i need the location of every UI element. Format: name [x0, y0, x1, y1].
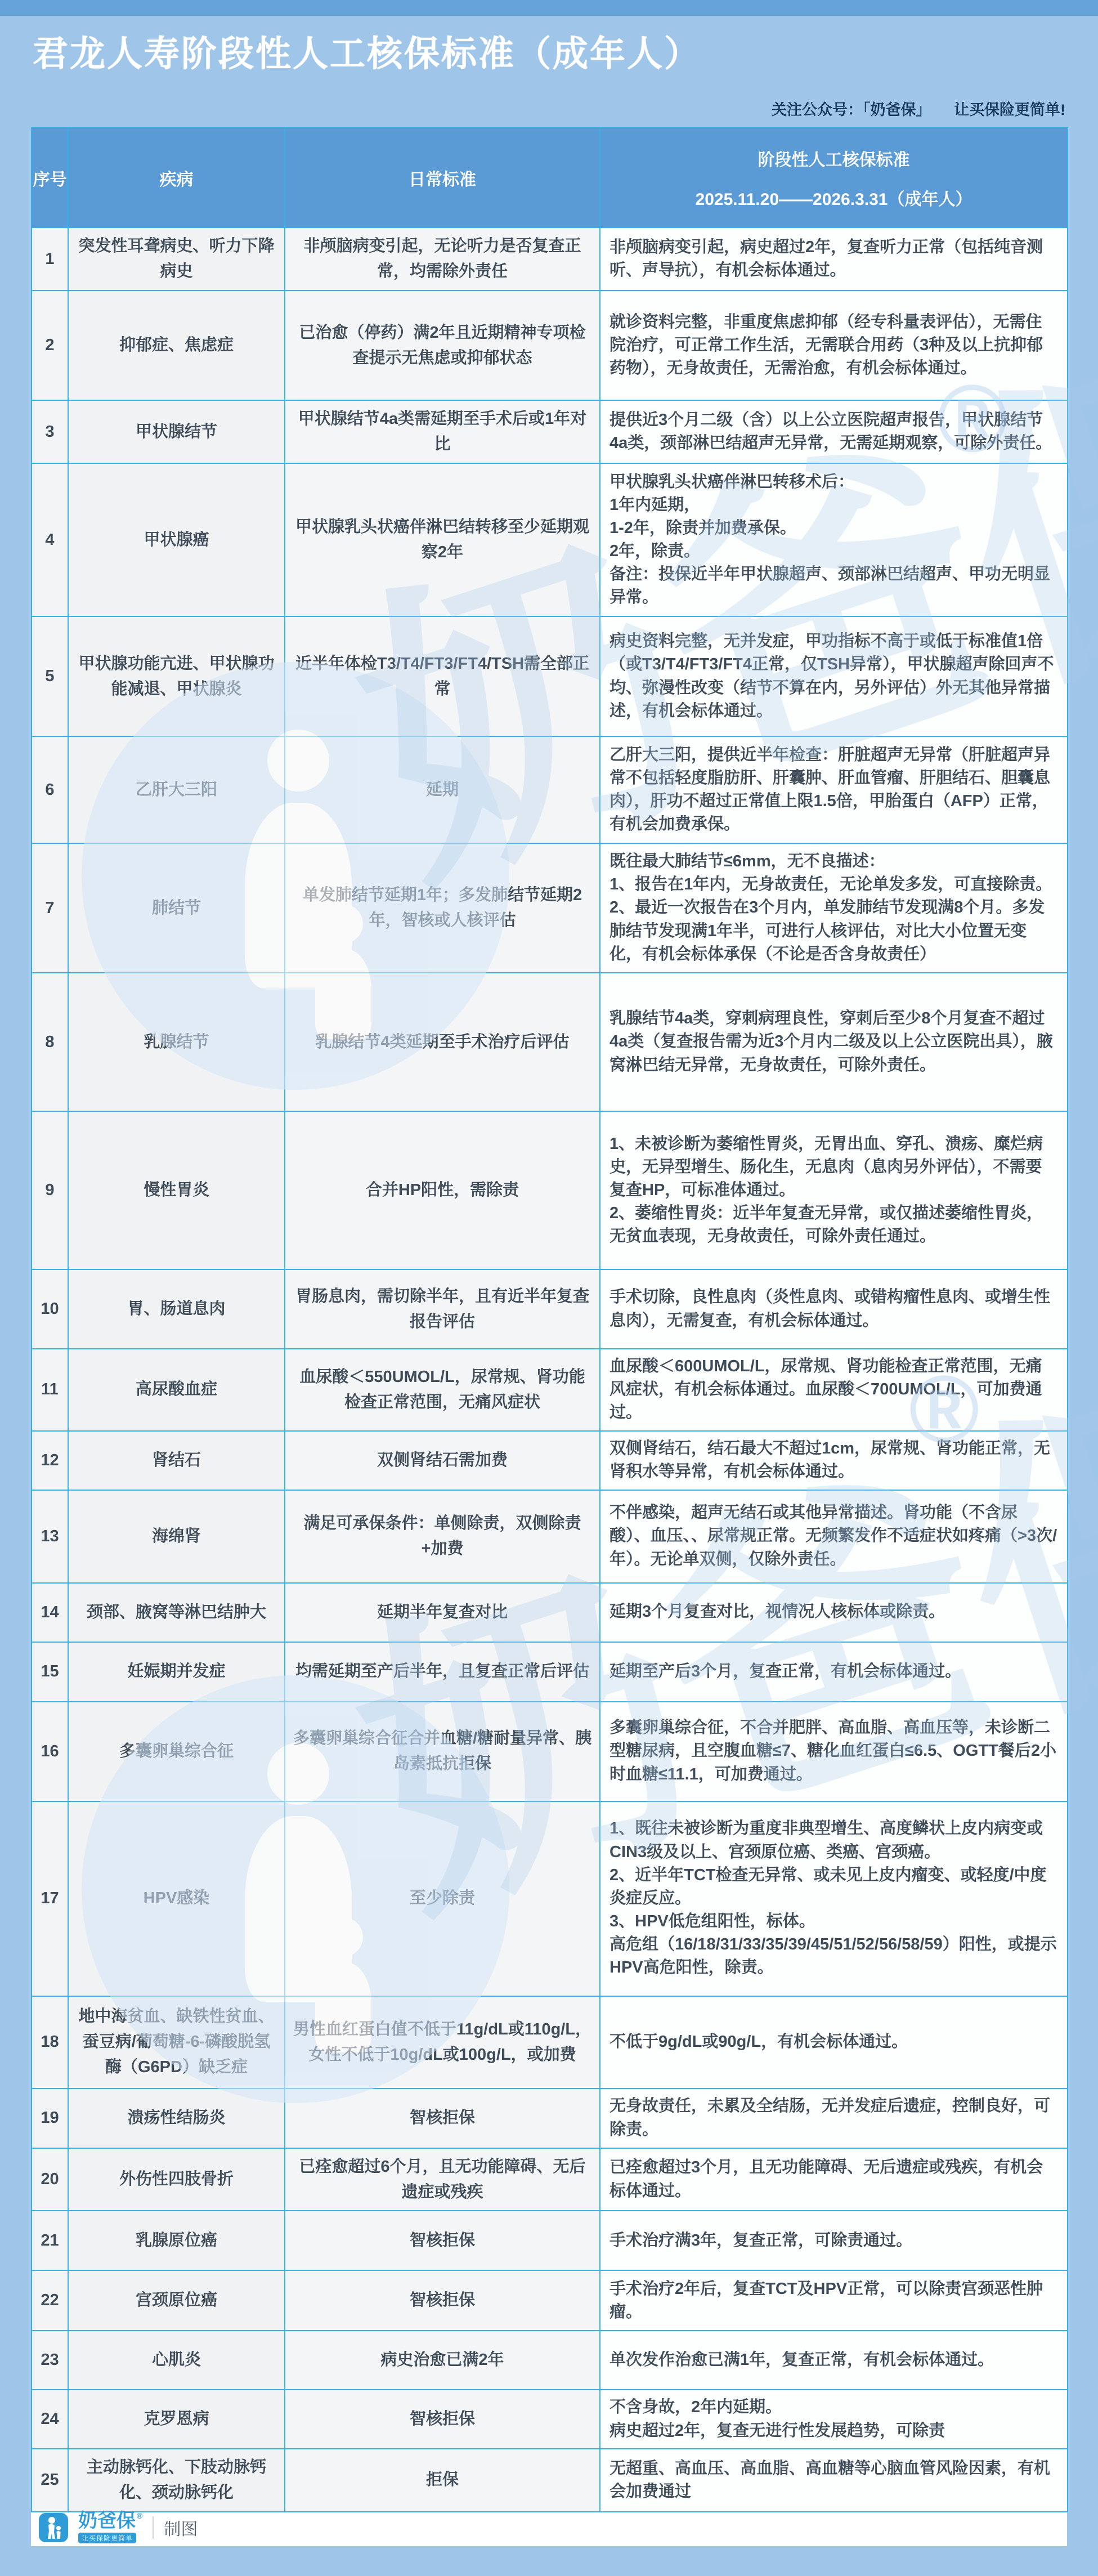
row-staged-standard: 乳腺结节4a类，穿刺病理良性，穿刺后至少8个月复查不超过4a类（复查报告需为近3…	[600, 973, 1068, 1111]
row-disease: 肾结石	[68, 1431, 285, 1490]
row-seq: 3	[32, 400, 68, 463]
row-staged-standard: 无超重、高血压、高血脂、高血糖等心脑血管风险因素，有机会加费通过	[600, 2449, 1068, 2512]
table-row: 18地中海贫血、缺铁性贫血、蚕豆病/葡萄糖-6-磷酸脱氢酶（G6PD）缺乏症男性…	[32, 1996, 1068, 2088]
table-row: 23心肌炎病史治愈已满2年单次发作治愈已满1年，复查正常，有机会标体通过。	[32, 2331, 1068, 2390]
brand-name: 奶爸保	[78, 2511, 136, 2530]
registered-icon: ®	[137, 2511, 142, 2520]
row-staged-standard: 1、未被诊断为萎缩性胃炎，无胃出血、穿孔、溃疡、糜烂病史，无异型增生、肠化生，无…	[600, 1111, 1068, 1269]
masthead: 君龙人寿阶段性人工核保标准（成年人） 关注公众号：「奶爸保」 让买保险更简单!	[0, 16, 1098, 119]
row-daily-standard: 已治愈（停药）满2年且近期精神专项检查提示无焦虑或抑郁状态	[285, 290, 600, 400]
row-disease: 主动脉钙化、下肢动脉钙化、颈动脉钙化	[68, 2449, 285, 2512]
brand-block: 奶爸保 ® 让买保险更简单	[78, 2511, 142, 2543]
row-daily-standard: 已痊愈超过6个月，且无功能障碍、无后遗症或残疾	[285, 2148, 600, 2211]
row-seq: 19	[32, 2088, 68, 2148]
header-disease: 疾病	[68, 128, 285, 227]
row-staged-standard: 手术切除，良性息肉（炎性息肉、或错构瘤性息肉、或增生性息肉），无需复查，有机会标…	[600, 1269, 1068, 1349]
row-seq: 8	[32, 973, 68, 1111]
row-disease: 抑郁症、焦虑症	[68, 290, 285, 400]
row-staged-standard: 多囊卵巢综合征，不合并肥胖、高血脂、高血压等，未诊断二型糖尿病，且空腹血糖≤7、…	[600, 1702, 1068, 1801]
row-seq: 10	[32, 1269, 68, 1349]
row-disease: 心肌炎	[68, 2331, 285, 2390]
row-disease: 甲状腺结节	[68, 400, 285, 463]
row-disease: 外伤性四肢骨折	[68, 2148, 285, 2211]
table-row: 17HPV感染至少除责1、既往未被诊断为重度非典型增生、高度鳞状上皮内病变或CI…	[32, 1801, 1068, 1996]
row-seq: 13	[32, 1490, 68, 1583]
table-row: 4甲状腺癌甲状腺乳头状癌伴淋巴结转移至少延期观察2年甲状腺乳头状癌伴淋巴转移术后…	[32, 463, 1068, 616]
row-daily-standard: 延期	[285, 736, 600, 843]
row-daily-standard: 非颅脑病变引起，无论听力是否复查正常，均需除外责任	[285, 227, 600, 290]
row-seq: 16	[32, 1702, 68, 1801]
table-row: 10胃、肠道息肉胃肠息肉，需切除半年，且有近半年复查报告评估手术切除，良性息肉（…	[32, 1269, 1068, 1349]
table-row: 11高尿酸血症血尿酸＜550UMOL/L，尿常规、肾功能检查正常范围，无痛风症状…	[32, 1349, 1068, 1431]
table-row: 7肺结节单发肺结节延期1年；多发肺结节延期2年，智核或人核评估既往最大肺结节≤6…	[32, 843, 1068, 973]
table-card: 奶爸保 ® 奶爸保 ® 序号 疾病 日常标准 阶段性人工核保标准 2	[31, 127, 1067, 2546]
row-disease: 妊娠期并发症	[68, 1642, 285, 1702]
row-seq: 7	[32, 843, 68, 973]
row-staged-standard: 不低于9g/dL或90g/L，有机会标体通过。	[600, 1996, 1068, 2088]
row-seq: 25	[32, 2449, 68, 2512]
row-staged-standard: 既往最大肺结节≤6mm，无不良描述： 1、报告在1年内，无身故责任，无论单发多发…	[600, 843, 1068, 973]
row-daily-standard: 近半年体检T3/T4/FT3/FT4/TSH需全部正常	[285, 616, 600, 736]
row-daily-standard: 乳腺结节4类延期至手术治疗后评估	[285, 973, 600, 1111]
row-staged-standard: 就诊资料完整，非重度焦虑抑郁（经专科量表评估），无需住院治疗，可正常工作生活，无…	[600, 290, 1068, 400]
footer-divider	[153, 2516, 154, 2539]
header-staged-daterange: 2025.11.20——2026.3.31（成年人）	[600, 185, 1067, 210]
row-disease: 甲状腺功能亢进、甲状腺功能减退、甲状腺炎	[68, 616, 285, 736]
row-staged-standard: 1、既往未被诊断为重度非典型增生、高度鳞状上皮内病变或CIN3级及以上、宫颈原位…	[600, 1801, 1068, 1996]
row-daily-standard: 延期半年复查对比	[285, 1583, 600, 1642]
row-daily-standard: 至少除责	[285, 1801, 600, 1996]
row-disease: 乙肝大三阳	[68, 736, 285, 843]
row-seq: 15	[32, 1642, 68, 1702]
header-daily-standard: 日常标准	[285, 128, 600, 227]
row-disease: 溃疡性结肠炎	[68, 2088, 285, 2148]
row-staged-standard: 病史资料完整，无并发症，甲功指标不高于或低于标准值1倍（或T3/T4/FT3/F…	[600, 616, 1068, 736]
table-row: 9慢性胃炎合并HP阳性，需除责1、未被诊断为萎缩性胃炎，无胃出血、穿孔、溃疡、糜…	[32, 1111, 1068, 1269]
row-staged-standard: 延期3个月复查对比，视情况人核标体或除责。	[600, 1583, 1068, 1642]
row-staged-standard: 单次发作治愈已满1年，复查正常，有机会标体通过。	[600, 2331, 1068, 2390]
row-seq: 2	[32, 290, 68, 400]
row-seq: 21	[32, 2211, 68, 2270]
row-disease: 地中海贫血、缺铁性贫血、蚕豆病/葡萄糖-6-磷酸脱氢酶（G6PD）缺乏症	[68, 1996, 285, 2088]
table-row: 22宫颈原位癌智核拒保手术治疗2年后，复查TCT及HPV正常，可以除责宫颈恶性肿…	[32, 2270, 1068, 2331]
row-daily-standard: 单发肺结节延期1年；多发肺结节延期2年，智核或人核评估	[285, 843, 600, 973]
table-body: 1突发性耳聋病史、听力下降病史非颅脑病变引起，无论听力是否复查正常，均需除外责任…	[32, 227, 1068, 2511]
table-row: 24克罗恩病智核拒保不含身故，2年内延期。 病史超过2年，复查无进行性发展趋势，…	[32, 2390, 1068, 2448]
row-seq: 6	[32, 736, 68, 843]
row-seq: 4	[32, 463, 68, 616]
row-daily-standard: 满足可承保条件：单侧除责，双侧除责+加费	[285, 1490, 600, 1583]
table-row: 1突发性耳聋病史、听力下降病史非颅脑病变引起，无论听力是否复查正常，均需除外责任…	[32, 227, 1068, 290]
row-disease: 海绵肾	[68, 1490, 285, 1583]
row-staged-standard: 不含身故，2年内延期。 病史超过2年，复查无进行性发展趋势，可除责	[600, 2390, 1068, 2448]
header-seq: 序号	[32, 128, 68, 227]
row-daily-standard: 智核拒保	[285, 2270, 600, 2331]
table-row: 19溃疡性结肠炎智核拒保无身故责任，未累及全结肠，无并发症后遗症，控制良好，可除…	[32, 2088, 1068, 2148]
row-staged-standard: 手术治疗满3年，复查正常，可除责通过。	[600, 2211, 1068, 2270]
bottom-margin	[0, 2546, 1098, 2576]
subtitle-row: 关注公众号：「奶爸保」 让买保险更简单!	[33, 97, 1065, 119]
table-row: 15妊娠期并发症均需延期至产后半年，且复查正常后评估延期至产后3个月，复查正常，…	[32, 1642, 1068, 1702]
row-daily-standard: 双侧肾结石需加费	[285, 1431, 600, 1490]
row-disease: HPV感染	[68, 1801, 285, 1996]
row-disease: 慢性胃炎	[68, 1111, 285, 1269]
header-staged-title: 阶段性人工核保标准	[600, 146, 1067, 171]
row-seq: 24	[32, 2390, 68, 2448]
follow-account-note: 关注公众号：「奶爸保」 让买保险更简单!	[772, 101, 1065, 118]
row-disease: 肺结节	[68, 843, 285, 973]
row-seq: 5	[32, 616, 68, 736]
row-daily-standard: 多囊卵巢综合征合并血糖/糖耐量异常、胰岛素抵抗拒保	[285, 1702, 600, 1801]
table-header: 序号 疾病 日常标准 阶段性人工核保标准 2025.11.20——2026.3.…	[32, 128, 1068, 227]
header-staged-standard: 阶段性人工核保标准 2025.11.20——2026.3.31（成年人）	[600, 128, 1068, 227]
table-row: 12肾结石双侧肾结石需加费双侧肾结石，结石最大不超过1cm，尿常规、肾功能正常，…	[32, 1431, 1068, 1490]
row-staged-standard: 非颅脑病变引起，病史超过2年，复查听力正常（包括纯音测听、声导抗），有机会标体通…	[600, 227, 1068, 290]
row-disease: 克罗恩病	[68, 2390, 285, 2448]
row-staged-standard: 双侧肾结石，结石最大不超过1cm，尿常规、肾功能正常，无肾积水等异常，有机会标体…	[600, 1431, 1068, 1490]
row-staged-standard: 不伴感染，超声无结石或其他异常描述。肾功能（不含尿酸）、血压、、尿常规正常。无频…	[600, 1490, 1068, 1583]
row-daily-standard: 血尿酸＜550UMOL/L，尿常规、肾功能检查正常范围，无痛风症状	[285, 1349, 600, 1431]
row-disease: 甲状腺癌	[68, 463, 285, 616]
row-staged-standard: 无身故责任，未累及全结肠，无并发症后遗症，控制良好，可除责。	[600, 2088, 1068, 2148]
row-seq: 1	[32, 227, 68, 290]
row-seq: 9	[32, 1111, 68, 1269]
table-row: 6乙肝大三阳延期乙肝大三阳，提供近半年检查：肝脏超声无异常（肝脏超声异常不包括轻…	[32, 736, 1068, 843]
credit-note: 制图	[164, 2515, 198, 2540]
table-header-row: 序号 疾病 日常标准 阶段性人工核保标准 2025.11.20——2026.3.…	[32, 128, 1068, 227]
row-staged-standard: 血尿酸＜600UMOL/L，尿常规、肾功能检查正常范围，无痛风症状，有机会标体通…	[600, 1349, 1068, 1431]
row-daily-standard: 智核拒保	[285, 2390, 600, 2448]
table-row: 2抑郁症、焦虑症已治愈（停药）满2年且近期精神专项检查提示无焦虑或抑郁状态就诊资…	[32, 290, 1068, 400]
table-row: 13海绵肾满足可承保条件：单侧除责，双侧除责+加费不伴感染，超声无结石或其他异常…	[32, 1490, 1068, 1583]
row-daily-standard: 拒保	[285, 2449, 600, 2512]
row-daily-standard: 甲状腺结节4a类需延期至手术后或1年对比	[285, 400, 600, 463]
row-daily-standard: 甲状腺乳头状癌伴淋巴结转移至少延期观察2年	[285, 463, 600, 616]
row-disease: 突发性耳聋病史、听力下降病史	[68, 227, 285, 290]
row-daily-standard: 胃肠息肉，需切除半年，且有近半年复查报告评估	[285, 1269, 600, 1349]
brand-tagline: 让买保险更简单	[78, 2533, 136, 2543]
row-seq: 18	[32, 1996, 68, 2088]
row-disease: 乳腺原位癌	[68, 2211, 285, 2270]
table-row: 20外伤性四肢骨折已痊愈超过6个月，且无功能障碍、无后遗症或残疾已痊愈超过3个月…	[32, 2148, 1068, 2211]
row-staged-standard: 已痊愈超过3个月，且无功能障碍、无后遗症或残疾，有机会标体通过。	[600, 2148, 1068, 2211]
row-daily-standard: 男性血红蛋白值不低于11g/dL或110g/L，女性不低于10g/dL或100g…	[285, 1996, 600, 2088]
row-staged-standard: 延期至产后3个月，复查正常，有机会标体通过。	[600, 1642, 1068, 1702]
row-disease: 胃、肠道息肉	[68, 1269, 285, 1349]
infographic-page: 君龙人寿阶段性人工核保标准（成年人） 关注公众号：「奶爸保」 让买保险更简单! …	[0, 0, 1098, 2576]
row-daily-standard: 合并HP阳性，需除责	[285, 1111, 600, 1269]
row-daily-standard: 均需延期至产后半年，且复查正常后评估	[285, 1642, 600, 1702]
row-staged-standard: 手术治疗2年后，复查TCT及HPV正常，可以除责宫颈恶性肿瘤。	[600, 2270, 1068, 2331]
row-daily-standard: 病史治愈已满2年	[285, 2331, 600, 2390]
row-seq: 12	[32, 1431, 68, 1490]
row-seq: 23	[32, 2331, 68, 2390]
row-disease: 宫颈原位癌	[68, 2270, 285, 2331]
top-strip	[0, 0, 1098, 16]
row-seq: 17	[32, 1801, 68, 1996]
row-disease: 多囊卵巢综合征	[68, 1702, 285, 1801]
row-staged-standard: 提供近3个月二级（含）以上公立医院超声报告，甲状腺结节4a类，颈部淋巴结超声无异…	[600, 400, 1068, 463]
row-daily-standard: 智核拒保	[285, 2211, 600, 2270]
table-row: 14颈部、腋窝等淋巴结肿大延期半年复查对比延期3个月复查对比，视情况人核标体或除…	[32, 1583, 1068, 1642]
row-seq: 11	[32, 1349, 68, 1431]
row-seq: 20	[32, 2148, 68, 2211]
row-disease: 高尿酸血症	[68, 1349, 285, 1431]
table-row: 3甲状腺结节甲状腺结节4a类需延期至手术后或1年对比提供近3个月二级（含）以上公…	[32, 400, 1068, 463]
row-disease: 乳腺结节	[68, 973, 285, 1111]
brand-logo-icon	[39, 2513, 68, 2542]
row-disease: 颈部、腋窝等淋巴结肿大	[68, 1583, 285, 1642]
table-row: 25主动脉钙化、下肢动脉钙化、颈动脉钙化拒保无超重、高血压、高血脂、高血糖等心脑…	[32, 2449, 1068, 2512]
table-row: 5甲状腺功能亢进、甲状腺功能减退、甲状腺炎近半年体检T3/T4/FT3/FT4/…	[32, 616, 1068, 736]
row-seq: 14	[32, 1583, 68, 1642]
table-row: 16多囊卵巢综合征多囊卵巢综合征合并血糖/糖耐量异常、胰岛素抵抗拒保多囊卵巢综合…	[32, 1702, 1068, 1801]
row-staged-standard: 乙肝大三阳，提供近半年检查：肝脏超声无异常（肝脏超声异常不包括轻度脂肪肝、肝囊肿…	[600, 736, 1068, 843]
row-daily-standard: 智核拒保	[285, 2088, 600, 2148]
page-title: 君龙人寿阶段性人工核保标准（成年人）	[33, 35, 1065, 74]
row-seq: 22	[32, 2270, 68, 2331]
row-staged-standard: 甲状腺乳头状癌伴淋巴转移术后： 1年内延期， 1-2年，除责并加费承保。 2年，…	[600, 463, 1068, 616]
table-row: 21乳腺原位癌智核拒保手术治疗满3年，复查正常，可除责通过。	[32, 2211, 1068, 2270]
footer: 奶爸保 ® 让买保险更简单 制图	[31, 2512, 1067, 2546]
underwriting-standards-table: 序号 疾病 日常标准 阶段性人工核保标准 2025.11.20——2026.3.…	[31, 127, 1068, 2512]
table-row: 8乳腺结节乳腺结节4类延期至手术治疗后评估乳腺结节4a类，穿刺病理良性，穿刺后至…	[32, 973, 1068, 1111]
